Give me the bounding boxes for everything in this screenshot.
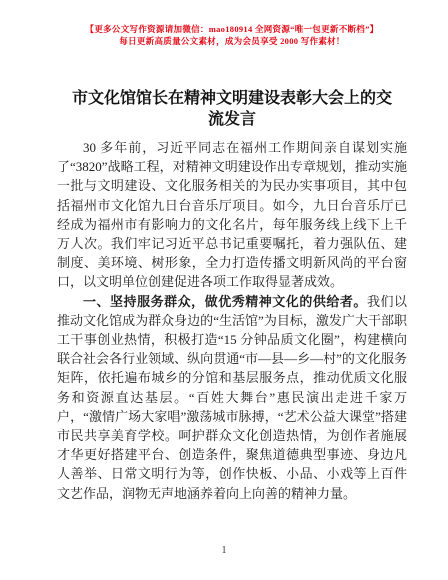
promo-header: 【更多公文写作资源请加微信：mao180914 全网资源“唯一包更新不断档”】 … — [57, 23, 407, 47]
paragraph-2: 一、坚持服务群众，做优秀精神文化的供给者。我们以推动文化馆成为群众身边的“生活馆… — [57, 292, 407, 503]
paragraph-2-text: 我们以推动文化馆成为群众身边的“生活馆”为目标，激发广大干部职工干事创业热情，积… — [57, 294, 407, 501]
document-title: 市文化馆馆长在精神文明建设表彰大会上的交流发言 — [66, 88, 398, 130]
page-content: 【更多公文写作资源请加微信：mao180914 全网资源“唯一包更新不断档”】 … — [0, 0, 448, 503]
paragraph-1: 30 多年前，习近平同志在福州工作期间亲自谋划实施了“3820”战略工程，对精神… — [57, 138, 407, 292]
promo-line-1: 【更多公文写作资源请加微信：mao180914 全网资源“唯一包更新不断档”】 — [57, 23, 407, 35]
page-footer: 1 — [0, 540, 448, 558]
document-page: 【更多公文写作资源请加微信：mao180914 全网资源“唯一包更新不断档”】 … — [0, 0, 448, 580]
promo-line-2: 每日更新高质量公文素材，成为会员享受 2000 写作素材！ — [57, 35, 407, 47]
paragraph-1-text: 30 多年前，习近平同志在福州工作期间亲自谋划实施了“3820”战略工程，对精神… — [57, 140, 407, 289]
document-body: 30 多年前，习近平同志在福州工作期间亲自谋划实施了“3820”战略工程，对精神… — [57, 138, 407, 503]
paragraph-2-lead: 一、坚持服务群众，做优秀精神文化的供给者。 — [83, 294, 367, 309]
page-number: 1 — [222, 545, 227, 556]
